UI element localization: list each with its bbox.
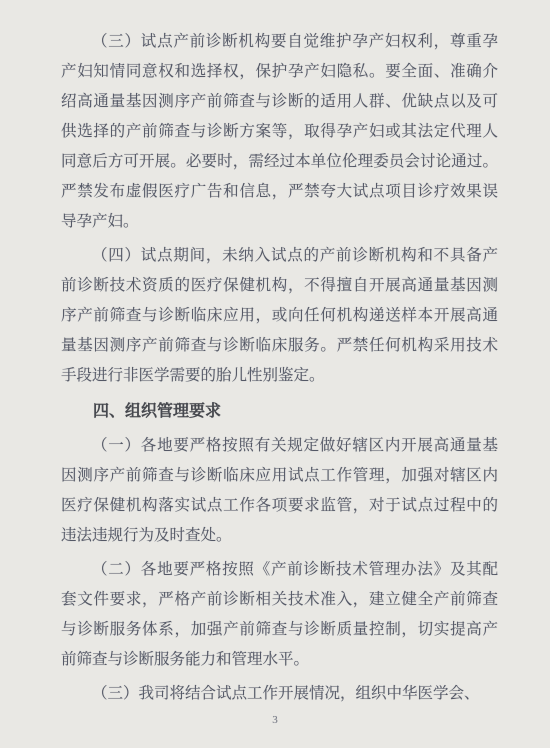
text-line: 手段进行非医学需要的胎儿性别鉴定。 [61, 361, 498, 391]
paragraph: （三）我司将结合试点工作开展情况，组织中华医学会、 [61, 679, 498, 709]
text-line: 违法违规行为及时查处。 [61, 521, 498, 551]
text-line: 严禁发布虚假医疗广告和信息，严禁夸大试点项目诊疗效果误 [61, 177, 498, 207]
text-line: 前筛查与诊断服务能力和管理水平。 [61, 645, 498, 675]
paragraph: （四）试点期间，未纳入试点的产前诊断机构和不具备产前诊断技术资质的医疗保健机构，… [61, 241, 498, 391]
page-number: 3 [272, 714, 278, 726]
text-line: 医疗保健机构落实试点工作各项要求监管，对于试点过程中的 [61, 491, 498, 521]
document-page: （三）试点产前诊断机构要自觉维护孕产妇权利，尊重孕产妇知情同意权和选择权，保护孕… [0, 0, 550, 748]
text-line: 供选择的产前筛查与诊断方案等，取得孕产妇或其法定代理人 [61, 117, 498, 147]
paragraph: （三）试点产前诊断机构要自觉维护孕产妇权利，尊重孕产妇知情同意权和选择权，保护孕… [61, 27, 498, 237]
paragraph: （一）各地要严格按照有关规定做好辖区内开展高通量基因测序产前筛查与诊断临床应用试… [61, 431, 498, 551]
text-line: 套文件要求，严格产前诊断相关技术准入，建立健全产前筛查 [61, 585, 498, 615]
text-line: 与诊断服务体系，加强产前筛查与诊断质量控制，切实提高产 [61, 615, 498, 645]
text-line: 绍高通量基因测序产前筛查与诊断的适用人群、优缺点以及可 [61, 87, 498, 117]
text-line: 产妇知情同意权和选择权，保护孕产妇隐私。要全面、准确介 [61, 57, 498, 87]
text-line: （二）各地要严格按照《产前诊断技术管理办法》及其配 [61, 555, 498, 585]
text-line: 因测序产前筛查与诊断临床应用试点工作管理，加强对辖区内 [61, 461, 498, 491]
text-line: 同意后方可开展。必要时，需经过本单位伦理委员会讨论通过。 [61, 147, 498, 177]
text-line: （三）试点产前诊断机构要自觉维护孕产妇权利，尊重孕 [61, 27, 498, 57]
page-footer: 3 [0, 710, 550, 730]
text-line: 前诊断技术资质的医疗保健机构，不得擅自开展高通量基因测 [61, 271, 498, 301]
text-line: 导孕产妇。 [61, 207, 498, 237]
document-body: （三）试点产前诊断机构要自觉维护孕产妇权利，尊重孕产妇知情同意权和选择权，保护孕… [61, 27, 498, 709]
paragraph: （二）各地要严格按照《产前诊断技术管理办法》及其配套文件要求，严格产前诊断相关技… [61, 555, 498, 675]
text-line: （三）我司将结合试点工作开展情况，组织中华医学会、 [61, 679, 498, 709]
text-line: 量基因测序产前筛查与诊断临床服务。严禁任何机构采用技术 [61, 331, 498, 361]
text-line: （四）试点期间，未纳入试点的产前诊断机构和不具备产 [61, 241, 498, 271]
text-line: （一）各地要严格按照有关规定做好辖区内开展高通量基 [61, 431, 498, 461]
section-heading: 四、组织管理要求 [61, 397, 498, 427]
text-line: 四、组织管理要求 [61, 397, 498, 427]
text-line: 序产前筛查与诊断临床应用，或向任何机构递送样本开展高通 [61, 301, 498, 331]
